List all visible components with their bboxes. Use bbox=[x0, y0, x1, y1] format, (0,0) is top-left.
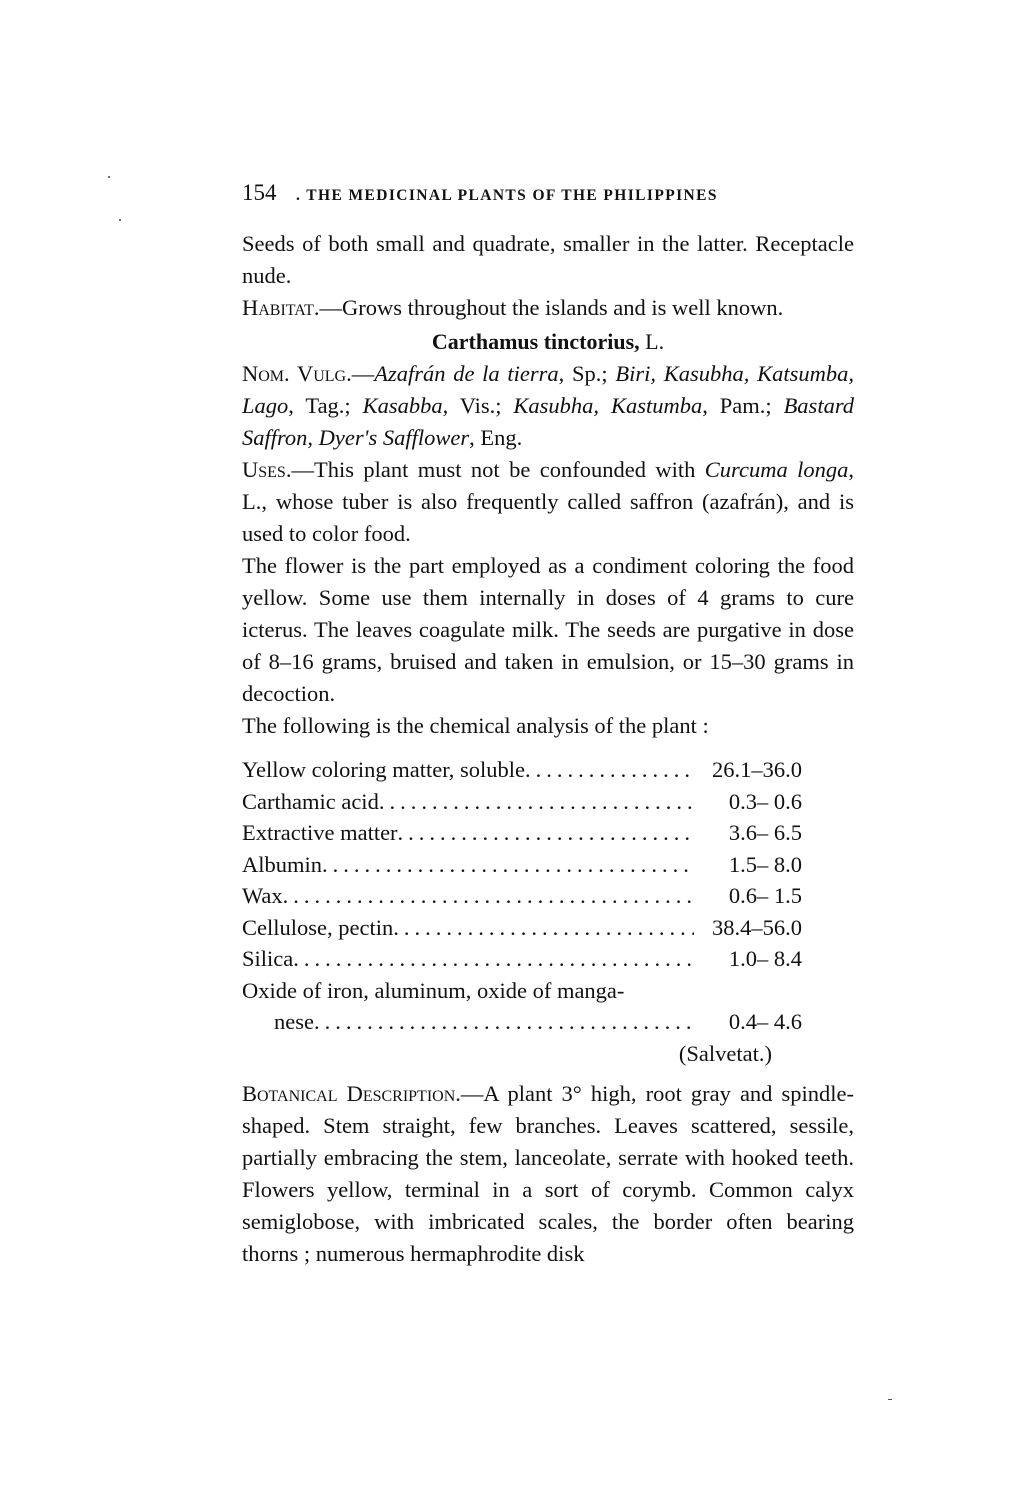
uses-label: Uses. bbox=[242, 457, 291, 482]
nom-vulg-label: Nom. Vulg. bbox=[242, 361, 352, 386]
scan-speck bbox=[119, 219, 121, 221]
species-heading: Carthamus tinctorius, L. bbox=[242, 326, 854, 358]
paragraph-habitat: Habitat.—Grows throughout the islands an… bbox=[242, 292, 854, 324]
analysis-row: Albumin1.5– 8.0 bbox=[242, 849, 802, 881]
chemical-analysis-table: Yellow coloring matter, soluble26.1–36.0… bbox=[242, 754, 802, 1078]
leader-dots bbox=[393, 912, 694, 944]
page-header: 154 . THE MEDICINAL PLANTS OF THE PHILIP… bbox=[242, 180, 718, 206]
analysis-row: Extractive matter3.6– 6.5 bbox=[242, 817, 802, 849]
running-title: . THE MEDICINAL PLANTS OF THE PHILIPPINE… bbox=[296, 187, 718, 204]
leader-dots bbox=[525, 754, 694, 786]
leader-dots bbox=[283, 880, 694, 912]
analysis-row: Silica1.0– 8.4 bbox=[242, 943, 802, 975]
paragraph-flower-use: The flower is the part employed as a con… bbox=[242, 550, 854, 710]
analysis-row: Carthamic acid0.3– 0.6 bbox=[242, 786, 802, 818]
analysis-row: Wax0.6– 1.5 bbox=[242, 880, 802, 912]
analysis-row-continuation: nese0.4– 4.6 bbox=[242, 1006, 802, 1038]
leader-dots bbox=[314, 1006, 694, 1038]
leader-dots bbox=[398, 817, 694, 849]
botanical-label: Botanical Description. bbox=[242, 1081, 461, 1106]
page-body: Seeds of both small and quadrate, smalle… bbox=[242, 228, 854, 1270]
analysis-row: Cellulose, pectin38.4–56.0 bbox=[242, 912, 802, 944]
paragraph-seeds: Seeds of both small and quadrate, smalle… bbox=[242, 228, 854, 292]
paragraph-analysis-intro: The following is the chemical analysis o… bbox=[242, 710, 854, 742]
habitat-label: Habitat. bbox=[242, 295, 319, 320]
paragraph-uses: Uses.—This plant must not be confounded … bbox=[242, 454, 854, 550]
analysis-row: Yellow coloring matter, soluble26.1–36.0 bbox=[242, 754, 802, 786]
analysis-source: (Salvetat.) bbox=[242, 1038, 772, 1078]
analysis-row-multiline: Oxide of iron, aluminum, oxide of manga- bbox=[242, 975, 802, 1007]
scan-speck bbox=[108, 176, 110, 178]
paragraph-botanical-description: Botanical Description.—A plant 3° high, … bbox=[242, 1078, 854, 1270]
scan-speck bbox=[888, 1399, 892, 1400]
leader-dots bbox=[322, 849, 694, 881]
page-number: 154 bbox=[242, 180, 277, 205]
leader-dots bbox=[379, 786, 694, 818]
paragraph-common-names: Nom. Vulg.—Azafrán de la tierra, Sp.; Bi… bbox=[242, 358, 854, 454]
leader-dots bbox=[293, 943, 694, 975]
